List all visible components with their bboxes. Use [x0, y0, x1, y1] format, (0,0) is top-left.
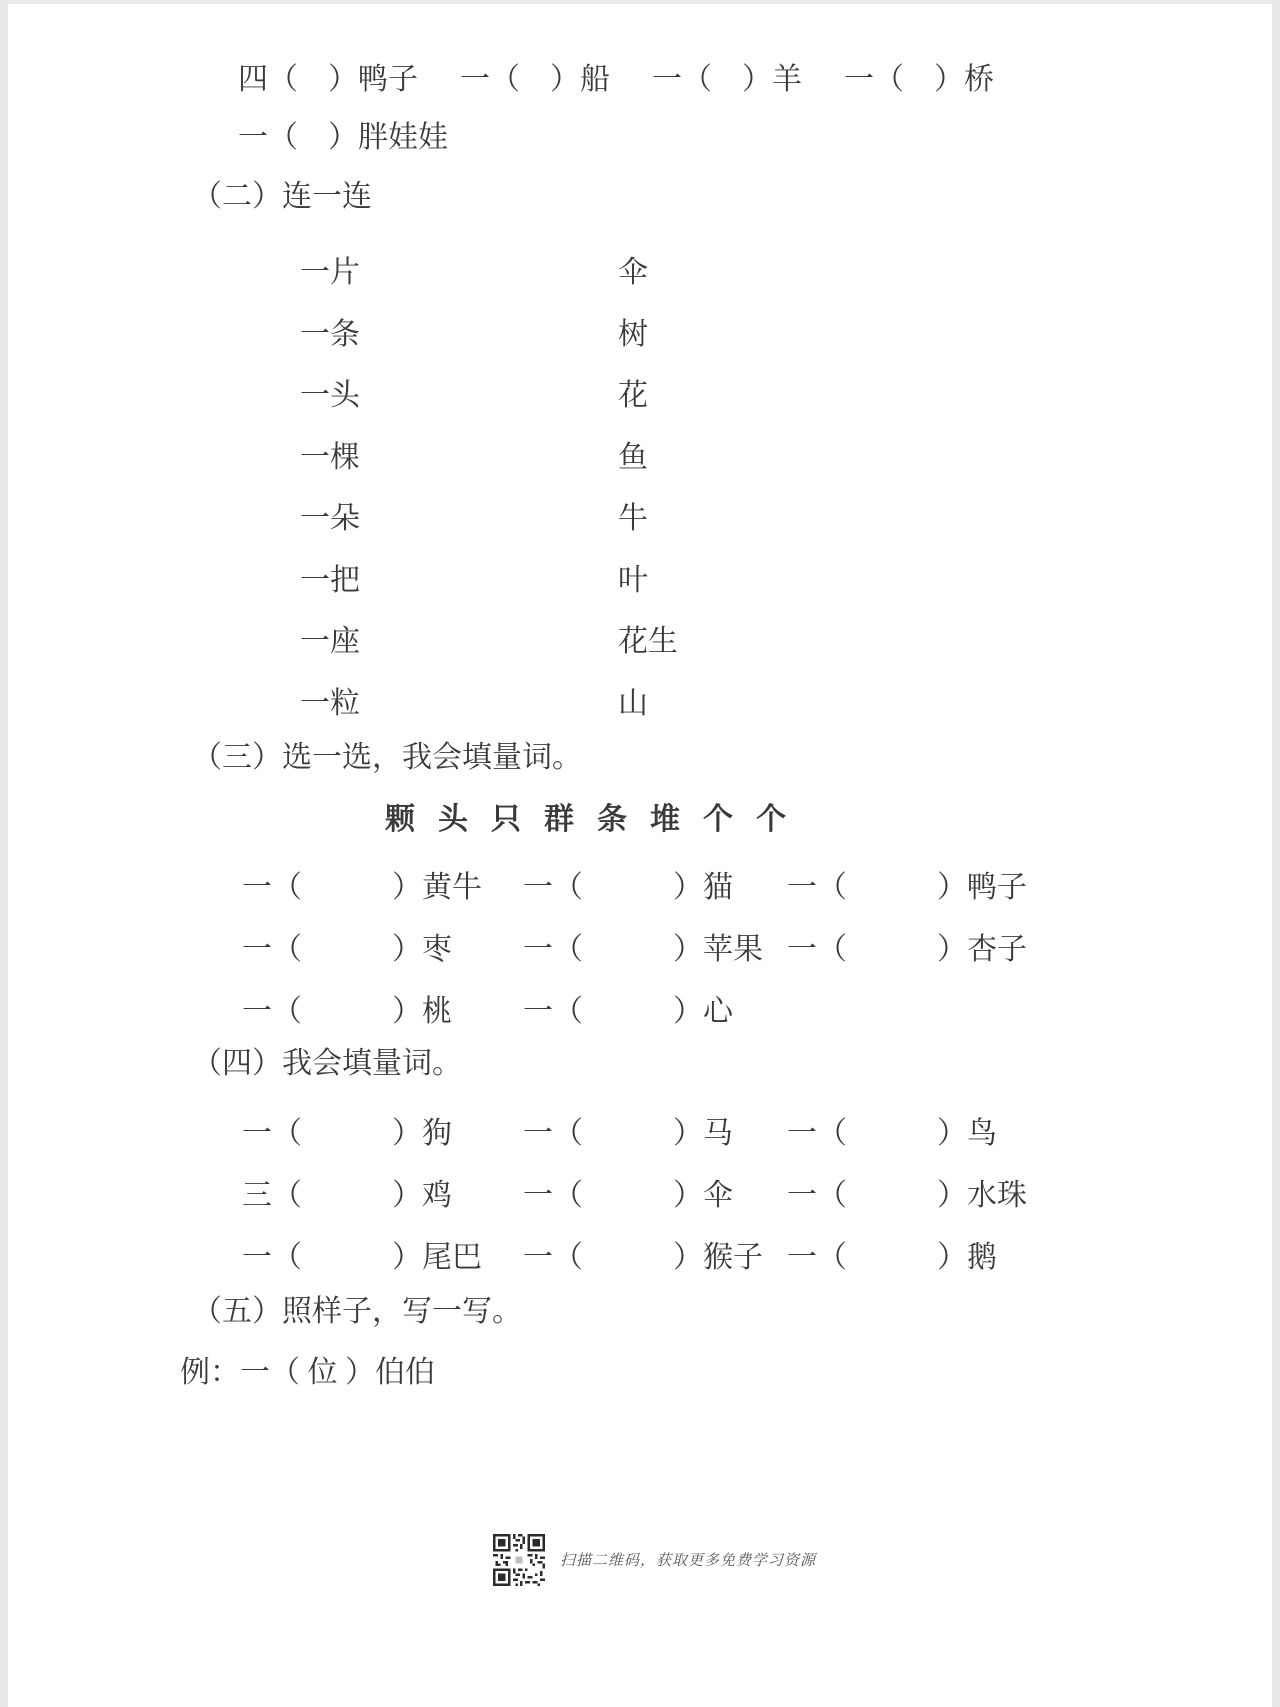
blank-item: 一（ ）马 [523, 1108, 787, 1152]
fill-blank-line-1: 四（ ）鸭子 一（ ）船 一（ ）羊 一（ ）桥 [238, 62, 994, 98]
match-row: 一片 伞 [8, 247, 1272, 287]
blank-item: 一（ ）羊 [652, 62, 802, 98]
blank-item: 一（ ）船 [460, 62, 610, 98]
blank-item: 一（ ）鹅 [787, 1232, 997, 1276]
match-right-item: 花 [618, 370, 648, 414]
match-right-item: 牛 [618, 493, 648, 537]
qr-code-icon [493, 1533, 545, 1587]
match-right-item: 山 [618, 678, 648, 722]
blank-item: 一（ ）心 [523, 986, 787, 1030]
match-right-item: 花生 [618, 616, 678, 660]
match-row: 一条 树 [8, 309, 1272, 349]
blank-item: 一（ ）杏子 [787, 924, 1027, 968]
fill-blank-row: 一（ ）桃 一（ ）心 [242, 986, 787, 1030]
word-bank-item: 群 [544, 802, 574, 838]
fill-blank-row: 一（ ）枣 一（ ）苹果 一（ ）杏子 [242, 924, 1027, 968]
qr-caption: 扫描二维码，获取更多免费学习资源 [560, 1549, 816, 1570]
fill-blank-row: 三（ ）鸡 一（ ）伞 一（ ）水珠 [242, 1170, 1027, 1214]
section2-title: （二）连一连 [192, 179, 372, 215]
blank-item: 一（ ）鸭子 [787, 862, 1027, 906]
match-right-item: 叶 [618, 555, 648, 599]
match-row: 一头 花 [8, 370, 1272, 410]
match-left-item: 一把 [300, 555, 360, 599]
blank-item: 一（ ）枣 [242, 924, 523, 968]
match-row: 一把 叶 [8, 555, 1272, 595]
section4-title: （四）我会填量词。 [192, 1046, 462, 1082]
match-right-item: 伞 [618, 247, 648, 291]
blank-item: 一（ ）狗 [242, 1108, 523, 1152]
blank-item: 一（ ）猫 [523, 862, 787, 906]
word-bank: 颗 头 只 群 条 堆 个 个 [385, 802, 786, 838]
blank-item: 四（ ）鸭子 [238, 62, 418, 98]
fill-blank-row: 一（ ）尾巴 一（ ）猴子 一（ ）鹅 [242, 1232, 997, 1276]
blank-item: 一（ ）鸟 [787, 1108, 997, 1152]
match-row: 一粒 山 [8, 678, 1272, 718]
blank-item: 一（ ）猴子 [523, 1232, 787, 1276]
match-left-item: 一棵 [300, 432, 360, 476]
match-row: 一座 花生 [8, 616, 1272, 656]
match-right-item: 树 [618, 309, 648, 353]
match-left-item: 一条 [300, 309, 360, 353]
match-left-item: 一粒 [300, 678, 360, 722]
match-row: 一棵 鱼 [8, 432, 1272, 472]
blank-item: 一（ ）水珠 [787, 1170, 1027, 1214]
match-row: 一朵 牛 [8, 493, 1272, 533]
blank-item: 一（ ）苹果 [523, 924, 787, 968]
word-bank-item: 颗 [385, 802, 415, 838]
example-line: 例：一（ 位 ）伯伯 [180, 1355, 435, 1391]
fill-blank-line-2: 一（ ）胖娃娃 [238, 120, 448, 156]
match-left-item: 一座 [300, 616, 360, 660]
word-bank-item: 个 [703, 802, 733, 838]
blank-item: 一（ ）桥 [844, 62, 994, 98]
match-left-item: 一片 [300, 247, 360, 291]
blank-item: 三（ ）鸡 [242, 1170, 523, 1214]
worksheet-page: 四（ ）鸭子 一（ ）船 一（ ）羊 一（ ）桥 一（ ）胖娃娃 （二）连一连 … [8, 4, 1272, 1707]
match-right-item: 鱼 [618, 432, 648, 476]
blank-item: 一（ ）桃 [242, 986, 523, 1030]
match-left-item: 一头 [300, 370, 360, 414]
word-bank-item: 只 [491, 802, 521, 838]
fill-blank-row: 一（ ）黄牛 一（ ）猫 一（ ）鸭子 [242, 862, 1027, 906]
word-bank-item: 头 [438, 802, 468, 838]
word-bank-item: 堆 [650, 802, 680, 838]
word-bank-item: 个 [756, 802, 786, 838]
section5-title: （五）照样子，写一写。 [192, 1294, 522, 1330]
word-bank-item: 条 [597, 802, 627, 838]
blank-item: 一（ ）黄牛 [242, 862, 523, 906]
blank-item: 一（ ）伞 [523, 1170, 787, 1214]
fill-blank-row: 一（ ）狗 一（ ）马 一（ ）鸟 [242, 1108, 997, 1152]
section3-title: （三）选一选，我会填量词。 [192, 740, 582, 776]
match-left-item: 一朵 [300, 493, 360, 537]
blank-item: 一（ ）尾巴 [242, 1232, 523, 1276]
